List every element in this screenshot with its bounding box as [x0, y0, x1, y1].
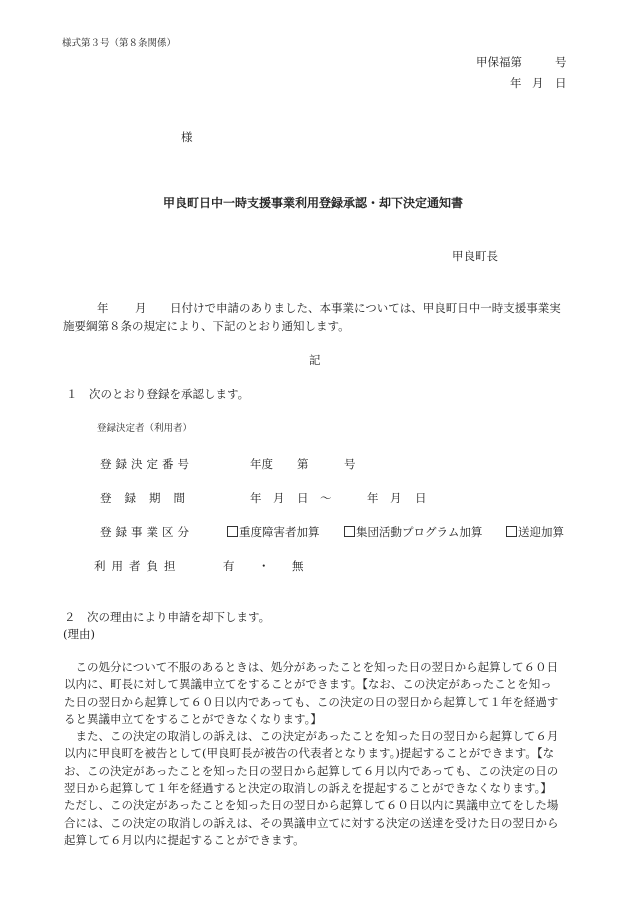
reg-number-go: 号: [344, 457, 356, 471]
issuer: 甲良町長: [452, 249, 498, 263]
category-option-transport[interactable]: 送迎加算: [506, 525, 564, 539]
notice-line: ると異議申立てをすることができなくなります。】: [64, 711, 570, 728]
notice-line: 以内に、町長に対して異議申立てをすることができます。【なお、この決定があったこと…: [64, 676, 570, 693]
burden-yes[interactable]: 有: [223, 559, 235, 573]
reg-number-label: 登録決定番号: [100, 457, 193, 471]
intro-line1: 日付けで申請のありました、本事業については、甲良町日中一時支援事業実: [170, 301, 561, 315]
category-label: 登録事業区分: [100, 525, 193, 539]
burden-no[interactable]: 無: [292, 559, 304, 573]
period-day1: 日: [297, 491, 309, 505]
intro-year: 年: [97, 301, 109, 315]
checkbox-icon[interactable]: [506, 526, 517, 537]
appeal-notice: この処分について不服のあるときは、処分があったことを知った日の翌日から起算して６…: [64, 659, 570, 849]
notice-line: 起算して６月以内に提起することができます。: [64, 832, 570, 849]
notice-line: た日の翌日から起算して６０日以内であっても、この決定の日の翌日から起算して１年を…: [64, 694, 570, 711]
notice-line: また、この決定の取消しの訴えは、この決定があったことを知った日の翌日から起算して…: [64, 728, 570, 745]
section1-heading: １ 次のとおり登録を承認します。: [66, 387, 249, 401]
page-title: 甲良町日中一時支援事業利用登録承認・却下決定通知書: [163, 196, 463, 210]
burden-label: 利用者負担: [94, 559, 182, 573]
category-option-group[interactable]: 集団活動プログラム加算: [344, 525, 482, 539]
notice-line: この処分について不服のあるときは、処分があったことを知った日の翌日から起算して６…: [64, 659, 570, 676]
period-label: 登録期間: [100, 491, 198, 505]
category-option-label: 重度障害者加算: [239, 525, 320, 539]
reason-label: (理由): [63, 627, 95, 641]
recipient-label: 登録決定者（利用者）: [97, 422, 192, 436]
addressee-suffix: 様: [181, 130, 193, 144]
reg-number-dai: 第: [297, 457, 309, 471]
form-label: 様式第３号（第８条関係）: [62, 37, 176, 51]
intro-line2: 施要綱第８条の規定により、下記のとおり通知します。: [63, 319, 350, 333]
notice-line: お、この決定があったことを知った日の翌日から起算して６月以内であっても、この決定…: [64, 763, 570, 780]
period-month2: 月: [390, 491, 402, 505]
notice-line: 翌日から起算して１年を経過すると決定の取消しの訴えを提起することができなくなりま…: [64, 780, 570, 797]
category-option-severe[interactable]: 重度障害者加算: [227, 525, 320, 539]
category-option-label: 集団活動プログラム加算: [356, 525, 482, 539]
checkbox-icon[interactable]: [227, 526, 238, 537]
period-month1: 月: [273, 491, 285, 505]
period-year2: 年: [367, 491, 379, 505]
period-tilde: ～: [320, 491, 332, 505]
category-option-label: 送迎加算: [518, 525, 564, 539]
doc-number-suffix: 号: [555, 55, 567, 69]
reg-number-nendo: 年度: [250, 457, 273, 471]
date-year: 年: [510, 76, 522, 90]
doc-number-prefix: 甲保福第: [476, 55, 522, 69]
burden-separator: ・: [258, 559, 270, 573]
notice-line: 合には、この決定の取消しの訴えは、その異議申立てに対する決定の送達を受けた日の翌…: [64, 815, 570, 832]
period-day2: 日: [415, 491, 427, 505]
notice-line: 以内に甲良町を被告として(甲良町長が被告の代表者となります。)提起することができ…: [64, 745, 570, 762]
date-day: 日: [555, 76, 567, 90]
intro-month: 月: [135, 301, 147, 315]
checkbox-icon[interactable]: [344, 526, 355, 537]
period-year1: 年: [250, 491, 262, 505]
ki-heading: 記: [309, 353, 321, 367]
section2-heading: ２ 次の理由により申請を却下します。: [64, 610, 270, 624]
date-month: 月: [532, 76, 544, 90]
notice-line: ただし、この決定があったことを知った日の翌日から起算して６０日以内に異議申立てを…: [64, 797, 570, 814]
